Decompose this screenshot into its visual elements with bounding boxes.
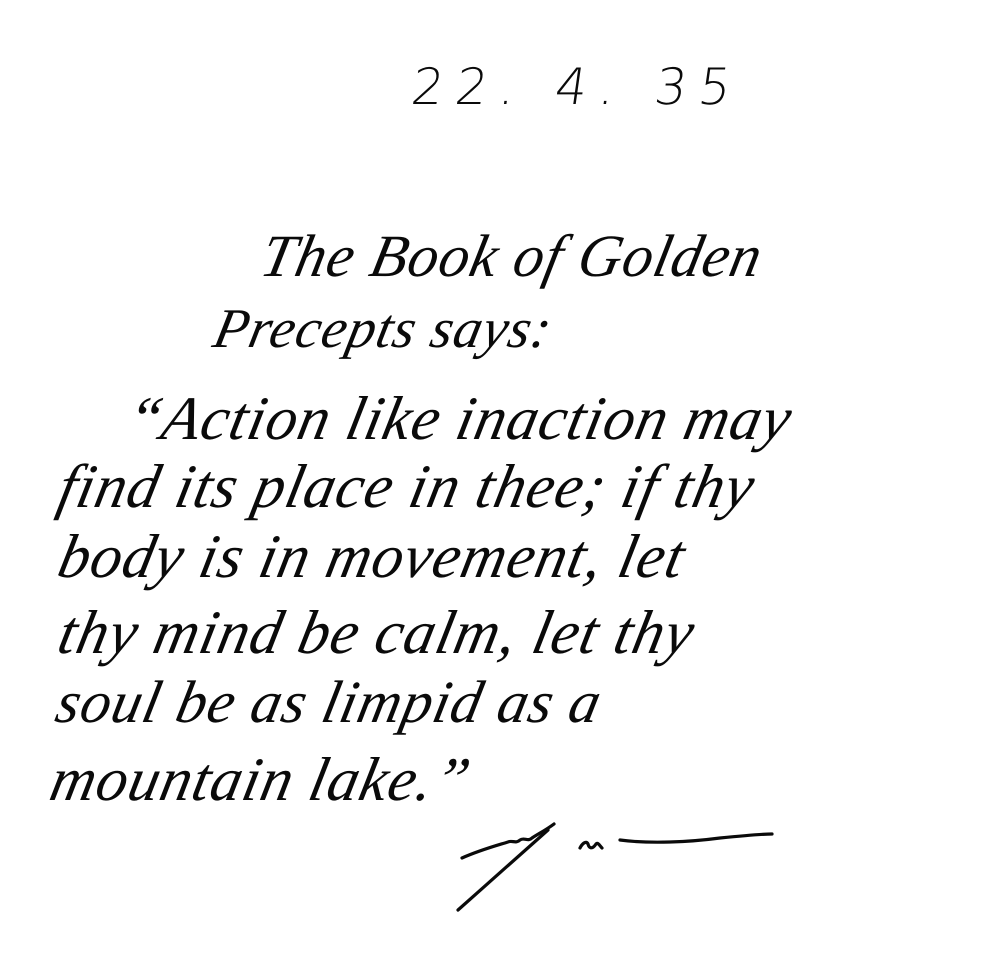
text-line-5: body is in movement, let xyxy=(52,522,692,593)
text-line-6: thy mind be calm, let thy xyxy=(52,598,702,669)
text-line-4: find its place in thee; if thy xyxy=(52,452,762,523)
text-line-7: soul be as limpid as a xyxy=(50,668,608,737)
handwritten-page: 22. 4. 35 The Book of Golden Precepts sa… xyxy=(0,0,990,970)
signature-stroke-icon xyxy=(450,818,780,918)
text-line-2: Precepts says: xyxy=(208,297,559,361)
text-line-3: “Action like inaction may xyxy=(120,384,799,455)
signature: signature xyxy=(450,818,780,918)
text-line-8: mountain lake.” xyxy=(44,745,477,816)
date: 22. 4. 35 xyxy=(408,58,747,116)
text-line-1: The Book of Golden xyxy=(255,222,769,291)
